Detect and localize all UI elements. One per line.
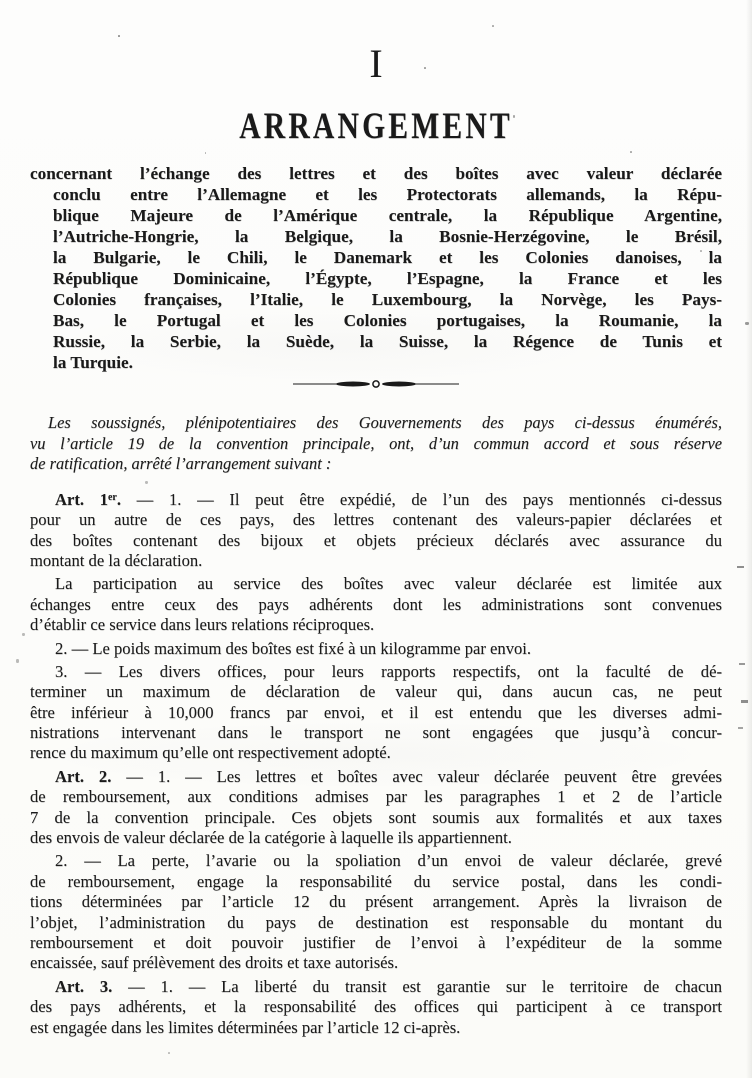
text-line: l’objet, l’administration du pays de des… (30, 913, 722, 933)
scan-speck (118, 35, 120, 37)
text-line: Colonies françaises, l’Italie, le Luxemb… (30, 289, 722, 310)
section-number: I (30, 44, 722, 84)
text-line: concernant l’échange des lettres et des … (30, 163, 722, 184)
text-line: des pays adhérents, et la responsabilité… (30, 997, 722, 1017)
articles-section: Art. 1er. — 1. — Il peut être expédié, d… (30, 490, 722, 1038)
scan-speck (737, 566, 744, 568)
text-line: Les soussignés, plénipotentiaires des Go… (30, 413, 722, 434)
scan-speck (492, 25, 494, 27)
scan-speck (513, 115, 515, 118)
scan-speck (145, 481, 148, 484)
text-line: terminer un maximum de déclaration de va… (30, 682, 722, 702)
text-line: l’Autriche-Hongrie, la Belgique, la Bosn… (30, 226, 722, 247)
text-line: 2. — La perte, l’avarie ou la spoliation… (30, 851, 722, 871)
text-line: de remboursement, engage la responsabili… (30, 872, 722, 892)
text-line: vu l’article 19 de la convention princip… (30, 434, 722, 455)
text-line: blique Majeure de l’Amérique centrale, l… (30, 205, 722, 226)
text-line: Art. 2. — 1. — Les lettres et boîtes ave… (30, 767, 722, 787)
text-line: Russie, la Serbie, la Suède, la Suisse, … (30, 331, 722, 352)
section-divider-ornament (30, 378, 722, 390)
text-line: est engagée dans les limites déterminées… (30, 1018, 722, 1038)
page-title-text: ARRANGEMENT (239, 108, 513, 146)
text-line: Art. 3. — 1. — La liberté du transit est… (30, 977, 722, 997)
scan-speck (424, 67, 426, 69)
scanned-document-page: I ARRANGEMENT concernant l’échange des l… (0, 0, 752, 1078)
text-line: conclu entre l’Allemagne et les Protecto… (30, 184, 722, 205)
text-line: nistrations intervenant dans le transpor… (30, 723, 722, 743)
text-line: La participation au service des boîtes a… (30, 574, 722, 594)
text-line: République Dominicaine, l’Égypte, l’Espa… (30, 268, 722, 289)
scan-speck (630, 151, 632, 153)
page-content: I ARRANGEMENT concernant l’échange des l… (30, 0, 722, 1038)
scan-speck (205, 152, 206, 154)
text-line: échanges entre ceux des pays adhérents d… (30, 595, 722, 615)
scan-speck (738, 727, 743, 729)
text-line: des boîtes contenant des bijoux et objet… (30, 531, 722, 551)
text-line: 7 de la convention principale. Ces objet… (30, 808, 722, 828)
text-line: Bas, le Portugal et les Colonies portuga… (30, 310, 722, 331)
text-line: 3. — Les divers offices, pour leurs rapp… (30, 662, 722, 682)
text-line: remboursement et doit pouvoir justifier … (30, 933, 722, 953)
text-line: être inférieur à 10,000 francs par envoi… (30, 703, 722, 723)
text-line: pour un autre de ces pays, des lettres c… (30, 510, 722, 530)
preamble-paragraph: Les soussignés, plénipotentiaires des Go… (30, 413, 722, 475)
scan-speck (741, 700, 748, 703)
text-line: 2. — Le poids maximum des boîtes est fix… (30, 639, 722, 659)
article-2-clause-1: Art. 2. — 1. — Les lettres et boîtes ave… (30, 767, 722, 849)
text-line: tions déterminées par l’article 12 du pr… (30, 892, 722, 912)
text-line: Art. 1er. — 1. — Il peut être expédié, d… (30, 490, 722, 510)
text-line: la Bulgarie, le Chili, le Danemark et le… (30, 247, 722, 268)
text-line: d’établir ce service dans leurs relation… (30, 615, 722, 635)
article-1-clause-1: Art. 1er. — 1. — Il peut être expédié, d… (30, 490, 722, 572)
text-line: de remboursement, aux conditions admises… (30, 787, 722, 807)
article-1-clause-1-continued: La participation au service des boîtes a… (30, 574, 722, 635)
scan-speck (240, 1006, 242, 1008)
text-line: la Turquie. (30, 352, 722, 373)
text-line: des envois de valeur déclarée de la caté… (30, 828, 722, 848)
article-2-clause-2: 2. — La perte, l’avarie ou la spoliation… (30, 851, 722, 973)
scan-edge-shade (746, 0, 752, 1078)
scan-speck (745, 322, 749, 325)
text-line: de ratification, arrêté l’arrangement su… (30, 454, 722, 475)
text-line: encaissée, sauf prélèvement des droits e… (30, 953, 722, 973)
intro-paragraph: concernant l’échange des lettres et des … (30, 163, 722, 373)
scan-speck (168, 1052, 170, 1054)
text-line: montant de la déclaration. (30, 551, 722, 571)
article-1-clause-3: 3. — Les divers offices, pour leurs rapp… (30, 662, 722, 764)
page-title: ARRANGEMENT (30, 108, 722, 146)
scan-speck (22, 633, 25, 636)
scan-speck (16, 659, 19, 663)
scan-speck (700, 250, 702, 252)
article-1-clause-2: 2. — Le poids maximum des boîtes est fix… (30, 639, 722, 659)
scan-speck (739, 663, 745, 665)
article-3-clause-1: Art. 3. — 1. — La liberté du transit est… (30, 977, 722, 1038)
text-line: rence du maximum qu’elle ont respectivem… (30, 743, 722, 763)
